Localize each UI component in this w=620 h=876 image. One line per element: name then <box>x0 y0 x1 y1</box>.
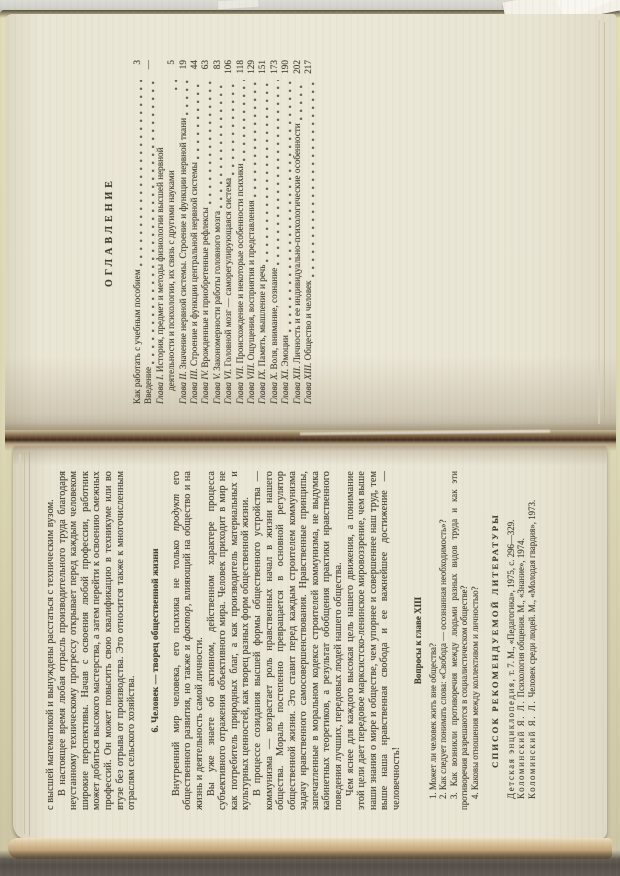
photo-shadow <box>0 850 620 876</box>
dot-leader <box>305 80 315 277</box>
dot-leader <box>247 80 257 197</box>
toc-page-number: 63 <box>200 60 211 77</box>
toc-entry: Глава IX. Память, мышление и речь151 <box>257 60 268 404</box>
toc-entries: Как работать с учебным пособием3Введение… <box>132 60 315 404</box>
dot-leader <box>168 80 178 90</box>
toc-page-number: 5 <box>166 60 177 77</box>
paragraph: с высшей математикой и вынуждены расстат… <box>45 471 57 810</box>
toc-inner: ОГЛАВЛЕНИЕ Как работать с учебным пособи… <box>10 16 315 432</box>
section-heading: 6. Человек — творец общественной жизни <box>150 471 161 810</box>
toc-entry: Глава XII. Личность и ее индивидуально-п… <box>292 60 303 404</box>
toc-entry: Глава II. Значение нервной системы. Стро… <box>178 60 189 404</box>
paragraph: В настоящее время любая отрасль производ… <box>57 471 138 810</box>
question-item: 2. Как следует понимать слова: «Свобода … <box>438 471 449 810</box>
toc-title: ОГЛАВЛЕНИЕ <box>104 60 115 404</box>
toc-entry: Глава IV. Врожденные и приобретенные реф… <box>200 60 211 404</box>
toc-page-number: 217 <box>303 60 314 77</box>
toc-entry: Введение— <box>143 60 154 404</box>
dot-leader <box>202 80 212 204</box>
toc-entry: Глава XIII. Общество и человек217 <box>303 60 314 404</box>
literature-list: Детская энциклопедия, т. 7. М., «Педагог… <box>506 471 538 810</box>
toc-page-number: 151 <box>257 60 268 77</box>
body-paragraphs-top: с высшей математикой и вынуждены расстат… <box>45 471 138 810</box>
dot-leader <box>270 80 280 265</box>
toc-page-number: 106 <box>223 60 234 77</box>
toc-page-number: 44 <box>189 60 200 77</box>
toc-page-number: 202 <box>292 60 303 77</box>
toc-entry: Глава VI. Головной мозг — саморегулирующ… <box>223 60 234 404</box>
toc-page-number: 129 <box>246 60 257 77</box>
dot-leader <box>225 80 235 175</box>
toc-entry: Как работать с учебным пособием3 <box>132 60 143 404</box>
dot-leader <box>190 80 200 159</box>
toc-page-number: — <box>143 60 154 77</box>
dot-leader <box>133 80 143 266</box>
questions-list: 1. Может ли человек жить вне общества?2.… <box>428 471 481 810</box>
paragraph: Чем яснее для каждого высокая цель нашег… <box>345 471 403 810</box>
toc-entry: Глава X. Воля, внимание, сознание173 <box>269 60 280 404</box>
text-inner: с высшей математикой и вынуждены расстат… <box>20 452 537 836</box>
toc-page-number: 83 <box>212 60 223 77</box>
questions-heading: Вопросы к главе XIII <box>413 471 423 810</box>
toc-entry: Глава I. История, предмет и методы физио… <box>155 60 178 404</box>
dot-leader <box>145 80 155 364</box>
toc-entry: Глава V. Закономерности работы головного… <box>212 60 223 404</box>
toc-entry: Глава III. Строение и функции центрально… <box>189 60 200 404</box>
body-paragraphs: Внутренний мир человека, его психика не … <box>171 471 403 810</box>
paragraph: Вы уже знаете об активном, действенном х… <box>206 471 252 810</box>
dot-leader <box>213 80 223 208</box>
literature-item: Коломинский Я. Л. Человек среди людей. М… <box>527 471 538 810</box>
toc-entry: Глава XI. Эмоции190 <box>280 60 291 404</box>
toc-entry: Глава VII. Происхождение и некоторые осо… <box>235 60 246 404</box>
dot-leader <box>259 80 269 262</box>
paragraph: Внутренний мир человека, его психика не … <box>171 471 206 810</box>
literature-heading: СПИСОК РЕКОМЕНДУЕМОЙ ЛИТЕРАТУРЫ <box>490 471 500 810</box>
toc-page-content: ОГЛАВЛЕНИЕ Как работать с учебным пособи… <box>10 16 606 432</box>
question-item: 4. Каковы отношения между коллективом и … <box>470 471 481 810</box>
dot-leader <box>236 80 246 161</box>
literature-item: Коломинский Я. Л. Психология общения. М.… <box>516 471 527 810</box>
toc-page-number: 19 <box>178 60 189 77</box>
dot-leader <box>179 80 189 115</box>
toc-page-number: 190 <box>280 60 291 77</box>
paragraph: В процессе созидания высшей формы общест… <box>252 471 345 810</box>
text-page-content: с высшей математикой и вынуждены расстат… <box>20 452 598 836</box>
question-item: 3. Как возникли противоречия между людьм… <box>449 471 470 810</box>
dot-leader <box>293 80 303 120</box>
toc-page-number: 173 <box>269 60 280 77</box>
toc-entry: Глава VIII. Ощущения, восприятия и предс… <box>246 60 257 404</box>
literature-item: Детская энциклопедия, т. 7. М., «Педагог… <box>506 471 517 810</box>
toc-page-number: 118 <box>235 60 246 77</box>
question-item: 1. Может ли человек жить вне общества? <box>428 471 439 810</box>
book-photo: ОГЛАВЛЕНИЕ Как работать с учебным пособи… <box>0 0 620 876</box>
toc-page-number: 3 <box>132 60 143 77</box>
dot-leader <box>282 80 292 332</box>
